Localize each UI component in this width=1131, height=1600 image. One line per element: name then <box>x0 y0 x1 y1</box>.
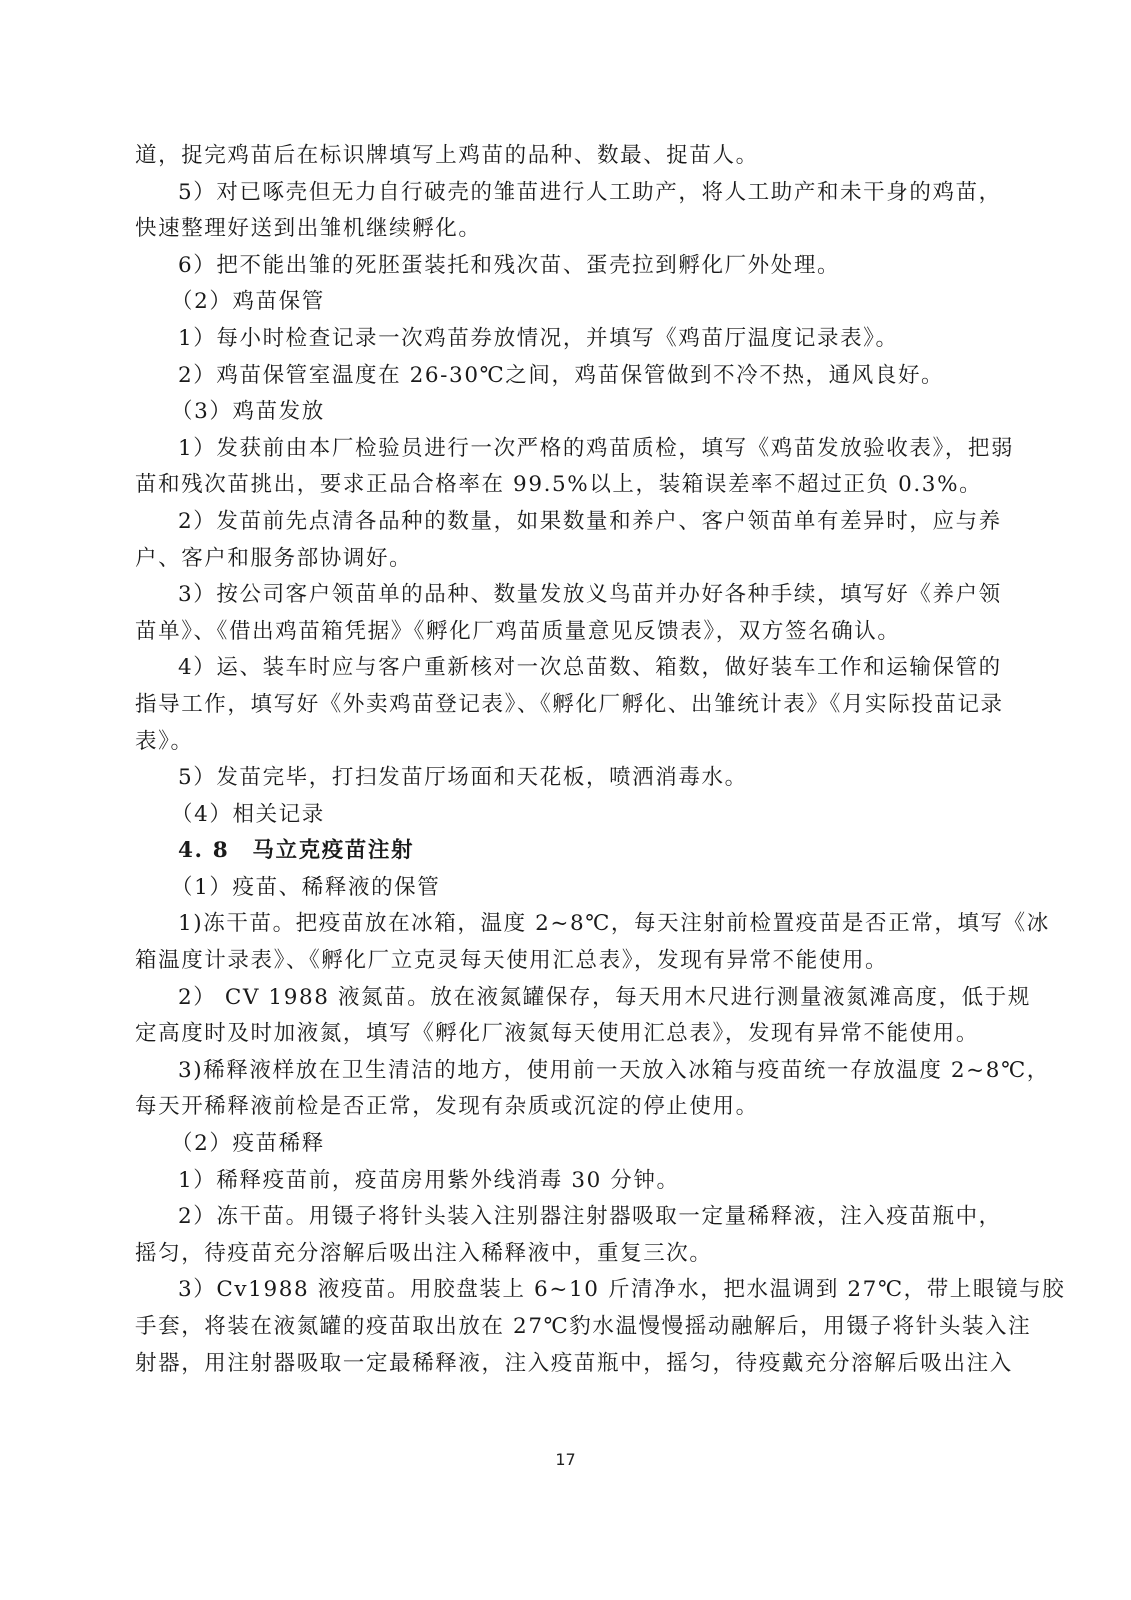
text-line: 指导工作，填写好《外卖鸡苗登记表》、《孵化厂孵化、出雏统计表》《月实际投苗记录 <box>135 687 987 724</box>
text-line: 苗和残次苗挑出，要求正品合格率在 99.5%以上，装箱误差率不超过正负 0.3%… <box>135 467 987 504</box>
text-line: 3)稀释液样放在卫生清洁的地方，使用前一天放入冰箱与疫苗统一存放温度 2~8℃， <box>135 1053 987 1090</box>
text-line: 2）发苗前先点清各品种的数量，如果数量和养户、客户领苗单有差异时，应与养 <box>135 504 987 541</box>
text-line: 苗单》、《借出鸡苗箱凭据》《孵化厂鸡苗质量意见反馈表》，双方签名确认。 <box>135 614 987 651</box>
text-line: 箱温度计录表》、《孵化厂立克灵每天使用汇总表》，发现有异常不能使用。 <box>135 943 987 980</box>
text-line: 1）每小时检查记录一次鸡苗券放情况，并填写《鸡苗厅温度记录表》。 <box>135 321 987 358</box>
text-line: 1）发获前由本厂检验员进行一次严格的鸡苗质检，填写《鸡苗发放验收表》，把弱 <box>135 431 987 468</box>
text-line: 2）鸡苗保管室温度在 26-30℃之间，鸡苗保管做到不冷不热，通风良好。 <box>135 358 987 395</box>
text-line: 3）Cv1988 液疫苗。用胶盘装上 6~10 斤清净水，把水温调到 27℃，带… <box>135 1272 987 1309</box>
text-line: 3）按公司客户领苗单的品种、数量发放义鸟苗并办好各种手续，填写好《养户领 <box>135 577 987 614</box>
page-number: 17 <box>0 1450 1131 1469</box>
text-line: 户、客户和服务部协调好。 <box>135 541 987 578</box>
subsection-heading: （2）疫苗稀释 <box>135 1126 987 1163</box>
text-line: 每天开稀释液前检是否正常，发现有杂质或沉淀的停止使用。 <box>135 1089 987 1126</box>
text-line: 射器，用注射器吸取一定最稀释液，注入疫苗瓶中，摇匀，待疫戴充分溶解后吸出注入 <box>135 1346 987 1383</box>
text-line: 5）对已啄壳但无力自行破壳的雏苗进行人工助产，将人工助产和未干身的鸡苗， <box>135 175 987 212</box>
text-line: 4）运、装车时应与客户重新核对一次总苗数、箱数，做好装车工作和运输保管的 <box>135 650 987 687</box>
text-line: 摇匀，待疫苗充分溶解后吸出注入稀释液中，重复三次。 <box>135 1236 987 1273</box>
text-line: 手套，将装在液氮罐的疫苗取出放在 27℃豹水温慢慢摇动融解后，用镊子将针头装入注 <box>135 1309 987 1346</box>
text-line: 5）发苗完毕，打扫发苗厅场面和天花板，喷洒消毒水。 <box>135 760 987 797</box>
text-line: 1)冻干苗。把疫苗放在冰箱，温度 2~8℃，每天注射前检置疫苗是否正常，填写《冰 <box>135 906 987 943</box>
text-line: 快速整理好送到出雏机继续孵化。 <box>135 211 987 248</box>
subsection-heading: （2）鸡苗保管 <box>135 284 987 321</box>
subsection-heading: （3）鸡苗发放 <box>135 394 987 431</box>
text-line: 6）把不能出雏的死胚蛋装托和残次苗、蛋壳拉到孵化厂外处理。 <box>135 248 987 285</box>
subsection-heading: （4）相关记录 <box>135 797 987 834</box>
text-line: 2） CV 1988 液氮苗。放在液氮罐保存，每天用木尺进行测量液氮滩高度，低于… <box>135 980 987 1017</box>
text-line: 定高度时及时加液氮，填写《孵化厂液氮每天使用汇总表》，发现有异常不能使用。 <box>135 1016 987 1053</box>
section-heading: 4. 8 马立克疫苗注射 <box>135 833 987 870</box>
document-page: 道，捉完鸡苗后在标识牌填写上鸡苗的品种、数最、捉苗人。5）对已啄壳但无力自行破壳… <box>135 138 987 1382</box>
text-line: 道，捉完鸡苗后在标识牌填写上鸡苗的品种、数最、捉苗人。 <box>135 138 987 175</box>
text-line: 表》。 <box>135 724 987 761</box>
subsection-heading: （1）疫苗、稀释液的保管 <box>135 870 987 907</box>
text-line: 1）稀释疫苗前，疫苗房用紫外线消毒 30 分钟。 <box>135 1163 987 1200</box>
text-line: 2）冻干苗。用镊子将针头装入注别器注射器吸取一定量稀释液，注入疫苗瓶中， <box>135 1199 987 1236</box>
